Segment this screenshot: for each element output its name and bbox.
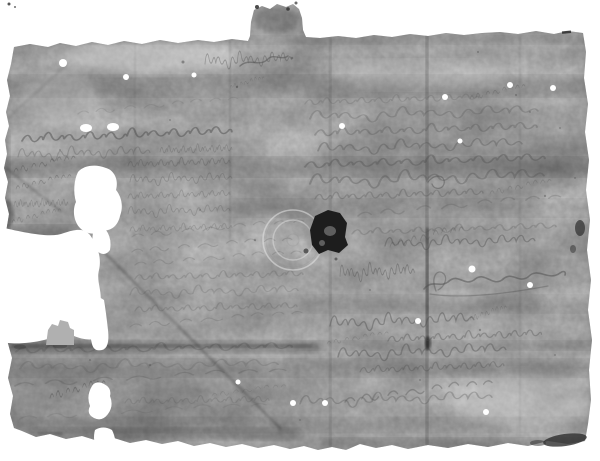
torn-bite-bottom-edge: [94, 428, 116, 453]
right-edge-stain-upper: [575, 220, 585, 236]
top-left-speck: [8, 3, 11, 6]
right-edge-stain-lower: [570, 245, 576, 253]
missing-left-corner: [0, 227, 101, 343]
torn-notch-bottom: [88, 382, 111, 419]
torn-hole-large: [74, 166, 122, 234]
manuscript-scan: Scanned handwritten letter aged lett: [0, 0, 600, 461]
letter-image: Scanned handwritten letter aged lett: [0, 0, 600, 461]
